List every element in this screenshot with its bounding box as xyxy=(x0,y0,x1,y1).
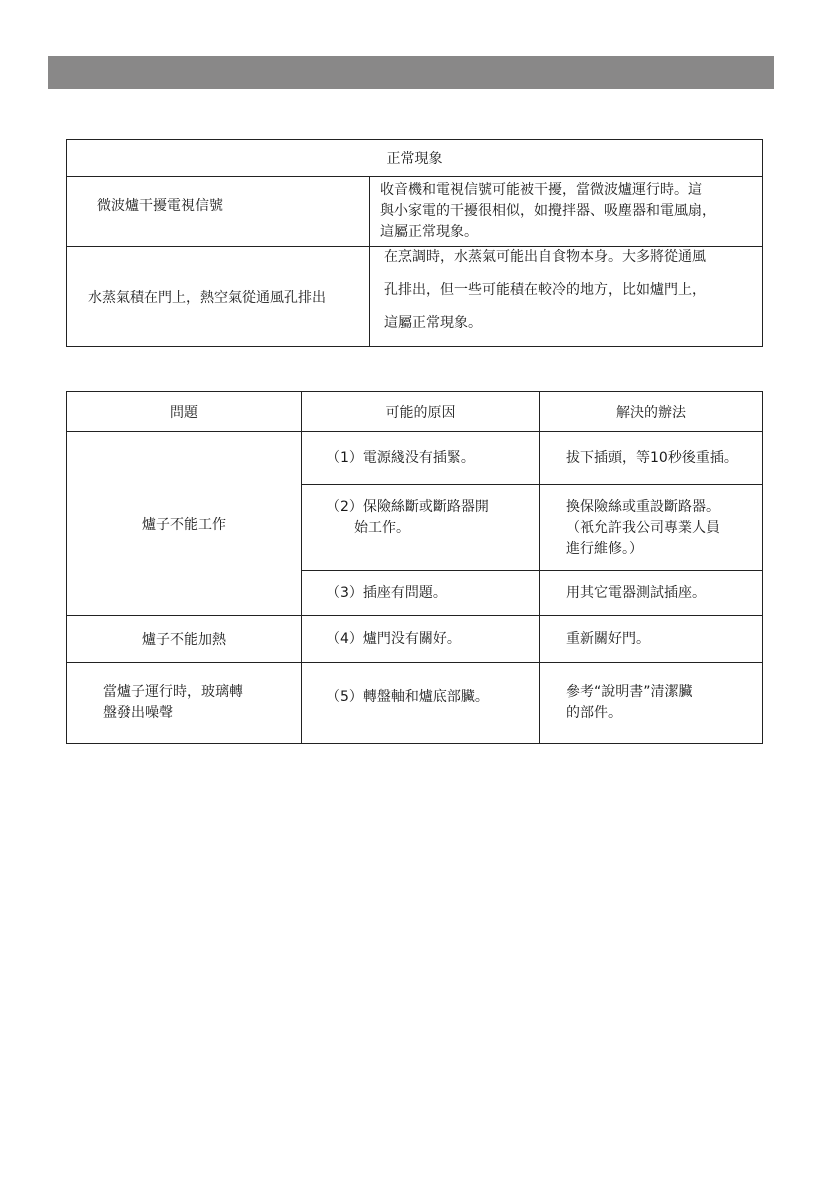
problem-cell: 當爐子運行時，玻璃轉 盤發出噪聲 xyxy=(67,663,302,744)
troubleshooting-table: 問題 可能的原因 解決的辦法 爐子不能工作 （1）電源綫没有插緊。 拔下插頭，等… xyxy=(66,391,763,744)
explanation-line: 收音機和電視信號可能被干擾，當微波爐運行時。這 xyxy=(370,180,762,201)
solution-text: 用其它電器測試插座。 xyxy=(540,583,762,604)
solution-text: （衹允許我公司專業人員 xyxy=(540,518,762,539)
cause-cell: （1）電源綫没有插緊。 xyxy=(302,432,540,485)
cause-text: （2）保險絲斷或斷路器開 xyxy=(302,497,539,518)
table-header-row: 問題 可能的原因 解決的辦法 xyxy=(67,392,763,432)
solution-text: 進行維修。） xyxy=(540,539,762,560)
explanation-line: 這屬正常現象。 xyxy=(370,222,762,243)
table-row: 水蒸氣積在門上，熱空氣從通風孔排出 在烹調時，水蒸氣可能出自食物本身。大多將從通… xyxy=(67,247,763,347)
solution-text: 重新關好門。 xyxy=(540,629,762,650)
cause-text: （1）電源綫没有插緊。 xyxy=(302,448,539,469)
table-row: 微波爐干擾電視信號 收音機和電視信號可能被干擾，當微波爐運行時。這 與小家電的干… xyxy=(67,177,763,247)
table-row: 爐子不能加熱 （4）爐門没有關好。 重新關好門。 xyxy=(67,616,763,663)
normal-phenomena-title: 正常現象 xyxy=(67,140,763,177)
solution-cell: 重新關好門。 xyxy=(540,616,763,663)
problem-text: 盤發出噪聲 xyxy=(79,703,301,724)
explanation-line: 在烹調時，水蒸氣可能出自食物本身。大多將從通風 xyxy=(370,247,762,280)
solution-text: 參考“說明書”清潔臟 xyxy=(540,682,762,703)
solution-text: 換保險絲或重設斷路器。 xyxy=(540,497,762,518)
solution-text: 拔下插頭，等10秒後重插。 xyxy=(540,448,762,469)
explanation-line: 與小家電的干擾很相似，如攪拌器、吸塵器和電風扇， xyxy=(370,201,762,222)
explanation-line: 這屬正常現象。 xyxy=(370,313,762,346)
problem-text: 爐子不能加熱 xyxy=(142,632,226,648)
cause-text: （3）插座有問題。 xyxy=(302,583,539,604)
solution-cell: 換保險絲或重設斷路器。 （衹允許我公司專業人員 進行維修。） xyxy=(540,485,763,571)
cause-cell: （3）插座有問題。 xyxy=(302,571,540,616)
solution-text: 的部件。 xyxy=(540,703,762,724)
problem-cell: 爐子不能工作 xyxy=(67,432,302,616)
phenomenon-text: 水蒸氣積在門上，熱空氣從通風孔排出 xyxy=(67,287,369,307)
explanation-cell: 收音機和電視信號可能被干擾，當微波爐運行時。這 與小家電的干擾很相似，如攪拌器、… xyxy=(370,177,763,247)
solution-cell: 用其它電器測試插座。 xyxy=(540,571,763,616)
phenomenon-cell: 微波爐干擾電視信號 xyxy=(67,177,370,247)
cause-cell: （5）轉盤軸和爐底部臟。 xyxy=(302,663,540,744)
solution-cell: 參考“說明書”清潔臟 的部件。 xyxy=(540,663,763,744)
problem-text: 當爐子運行時，玻璃轉 xyxy=(79,682,301,703)
cause-cell: （4）爐門没有關好。 xyxy=(302,616,540,663)
phenomenon-cell: 水蒸氣積在門上，熱空氣從通風孔排出 xyxy=(67,247,370,347)
cause-text: （5）轉盤軸和爐底部臟。 xyxy=(302,687,539,708)
explanation-line: 孔排出，但一些可能積在較冷的地方，比如爐門上， xyxy=(370,280,762,313)
table-row: 當爐子運行時，玻璃轉 盤發出噪聲 （5）轉盤軸和爐底部臟。 參考“說明書”清潔臟… xyxy=(67,663,763,744)
table-row: 爐子不能工作 （1）電源綫没有插緊。 拔下插頭，等10秒後重插。 xyxy=(67,432,763,485)
problem-text: 爐子不能工作 xyxy=(142,517,226,533)
problem-cell: 爐子不能加熱 xyxy=(67,616,302,663)
cause-text: （4）爐門没有關好。 xyxy=(302,629,539,650)
explanation-cell: 在烹調時，水蒸氣可能出自食物本身。大多將從通風 孔排出，但一些可能積在較冷的地方… xyxy=(370,247,763,347)
cause-text: 始工作。 xyxy=(302,518,539,539)
section-header-bar xyxy=(48,56,774,89)
header-cause: 可能的原因 xyxy=(302,392,540,432)
solution-cell: 拔下插頭，等10秒後重插。 xyxy=(540,432,763,485)
cause-cell: （2）保險絲斷或斷路器開 始工作。 xyxy=(302,485,540,571)
phenomenon-text: 微波爐干擾電視信號 xyxy=(67,195,369,229)
header-problem: 問題 xyxy=(67,392,302,432)
header-solution: 解決的辦法 xyxy=(540,392,763,432)
normal-phenomena-table: 正常現象 微波爐干擾電視信號 收音機和電視信號可能被干擾，當微波爐運行時。這 與… xyxy=(66,139,763,347)
